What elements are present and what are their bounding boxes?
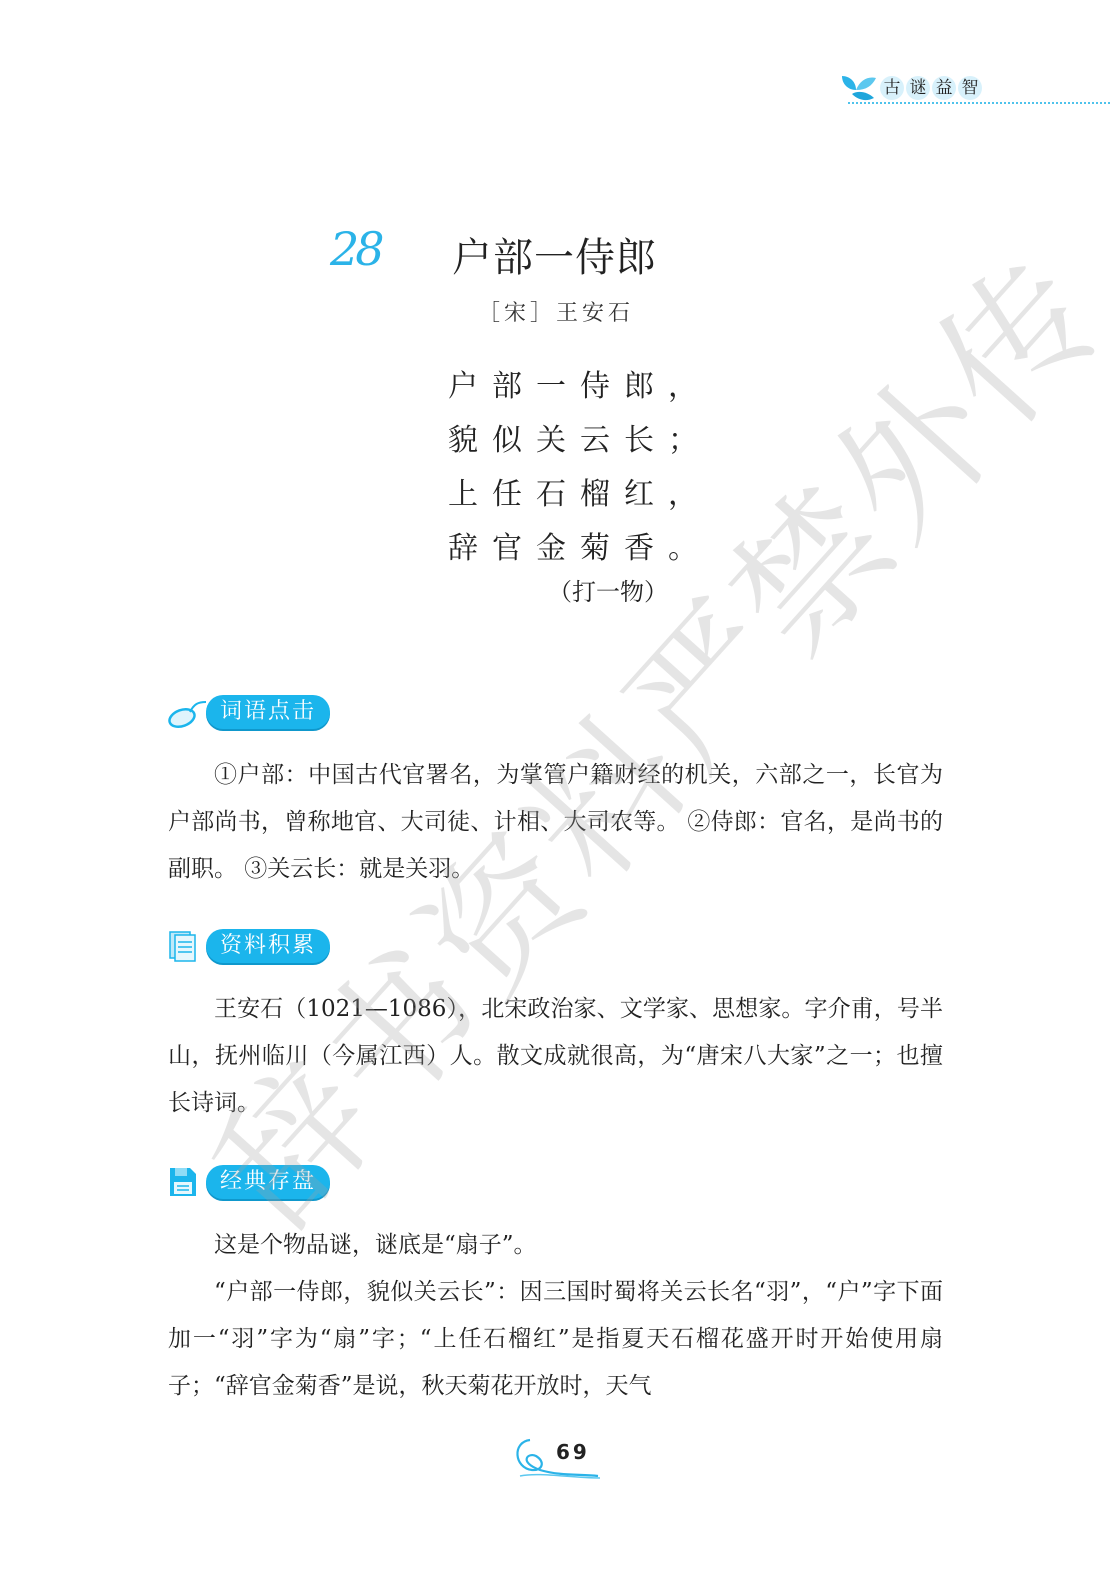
floppy-disk-icon: [166, 1164, 206, 1200]
series-title-char: 古: [880, 76, 904, 100]
paragraph: ①户部：中国古代官署名，为掌管户籍财经的机关，六部之一，长官为户部尚书，曾称地官…: [168, 752, 943, 893]
section-heading-glossary: 词语点击: [166, 692, 330, 732]
leaf-icon: [838, 72, 878, 104]
document-icon: [166, 928, 206, 964]
section-heading-background: 资料积累: [166, 926, 330, 966]
poem-line: 户部一侍郎，: [448, 360, 712, 414]
section-heading-classic: 经典存盘: [166, 1162, 330, 1202]
riddle-hint: （打一物）: [548, 572, 668, 607]
riddle-author: ［宋］王安石: [478, 296, 634, 327]
riddle-number: 28: [330, 222, 381, 276]
running-header: 古 谜 益 智: [838, 70, 1110, 110]
classic-text: 这是个物品谜，谜底是“扇子”。 “户部一侍郎，貌似关云长”：因三国时蜀将关云长名…: [168, 1222, 943, 1410]
section-label: 词语点击: [206, 695, 330, 729]
paragraph: 这是个物品谜，谜底是“扇子”。: [168, 1222, 943, 1269]
glossary-text: ①户部：中国古代官署名，为掌管户籍财经的机关，六部之一，长官为户部尚书，曾称地官…: [168, 752, 943, 893]
section-label: 资料积累: [206, 929, 330, 963]
series-title-char: 谜: [906, 76, 930, 100]
page-number-text: 69: [556, 1440, 590, 1464]
header-dotted-rule: [848, 102, 1110, 104]
riddle-title: 户部一侍郎: [452, 226, 657, 283]
series-title-char: 智: [958, 76, 982, 100]
background-text: 王安石（1021—1086），北宋政治家、文学家、思想家。字介甫，号半山，抚州临…: [168, 986, 943, 1127]
paragraph: 王安石（1021—1086），北宋政治家、文学家、思想家。字介甫，号半山，抚州临…: [168, 986, 943, 1127]
section-label: 经典存盘: [206, 1165, 330, 1199]
page-number: 69: [510, 1432, 610, 1487]
poem-line: 上任石榴红，: [448, 468, 712, 522]
series-title-char: 益: [932, 76, 956, 100]
series-title: 古 谜 益 智: [880, 76, 982, 100]
riddle-poem: 户部一侍郎， 貌似关云长； 上任石榴红， 辞官金菊香。: [448, 360, 712, 576]
mouse-icon: [166, 694, 206, 730]
poem-line: 貌似关云长；: [448, 414, 712, 468]
poem-line: 辞官金菊香。: [448, 522, 712, 576]
paragraph: “户部一侍郎，貌似关云长”：因三国时蜀将关云长名“羽”，“户”字下面加一“羽”字…: [168, 1269, 943, 1410]
